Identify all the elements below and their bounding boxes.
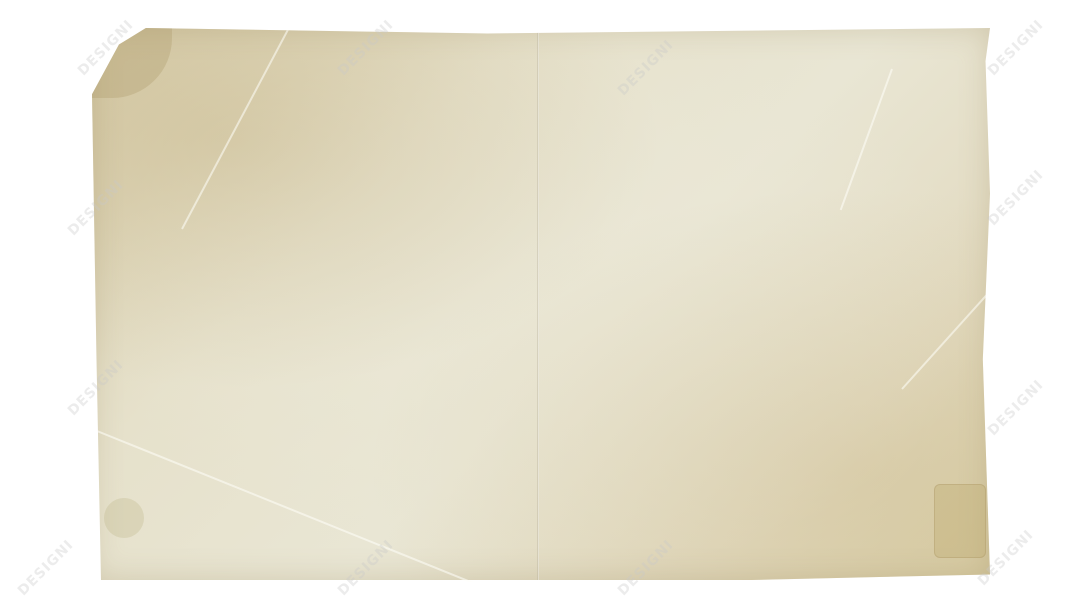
watermark-text: DESIGNI [985, 377, 1047, 439]
diagonal-crease [181, 0, 352, 229]
tape-stain [934, 484, 986, 558]
spot-stain [104, 498, 144, 538]
watermark-text: DESIGNI [985, 167, 1047, 229]
watermark-text: DESIGNI [15, 537, 77, 599]
corner-stain [92, 28, 172, 98]
diagonal-crease [92, 428, 482, 587]
aged-paper-sheet [92, 28, 990, 580]
watermark-text: DESIGNI [985, 17, 1047, 79]
vertical-fold-line [537, 28, 539, 580]
diagonal-crease [840, 69, 893, 211]
diagonal-crease [901, 240, 1036, 390]
